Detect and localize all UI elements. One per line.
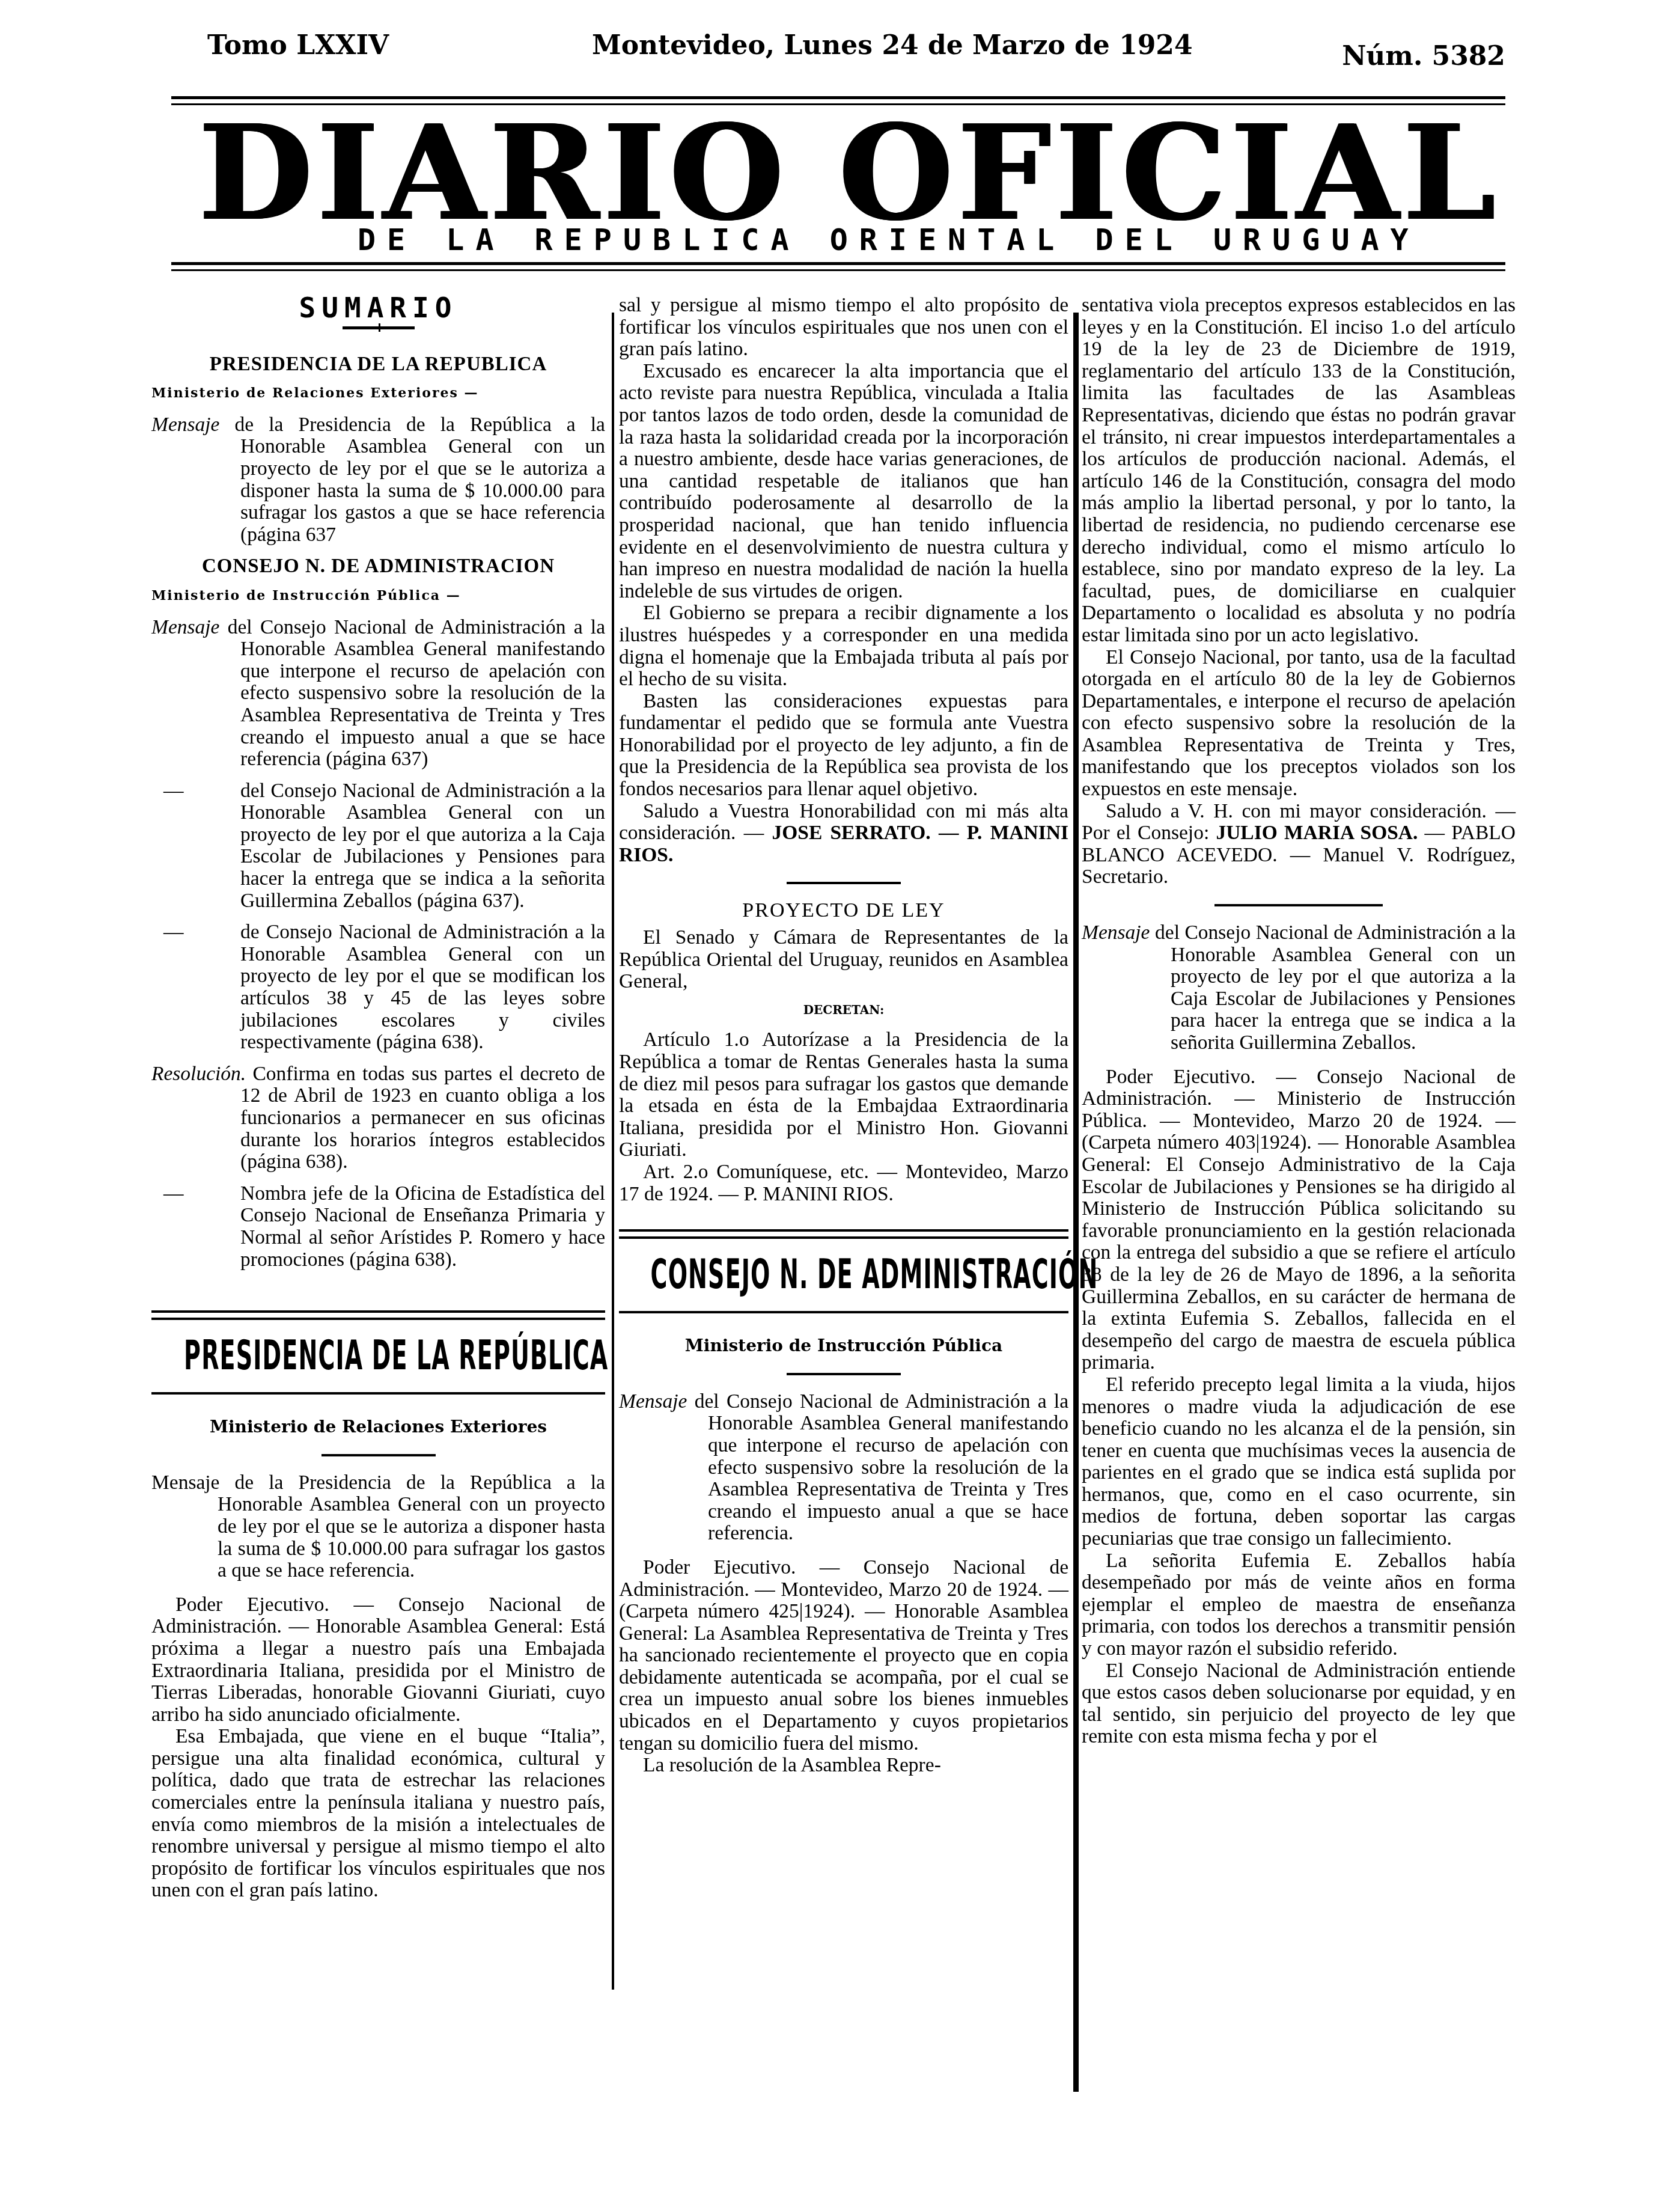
sumario-ministry: Ministerio de Instrucción Pública — [151, 585, 605, 607]
body-paragraph: Excusado es encarecer la alta importanci… [619, 361, 1068, 603]
sumario-ministry: Ministerio de Relaciones Exteriores — [151, 382, 605, 405]
section-banner-rule [151, 1310, 605, 1320]
proyecto-article: Art. 2.o Comuníquese, etc. — Montevideo,… [619, 1161, 1068, 1205]
body-paragraph: Poder Ejecutivo. — Consejo Nacional de A… [1082, 1066, 1516, 1374]
body-paragraph-continued: sentativa viola preceptos expresos estab… [1082, 295, 1516, 647]
mensaje-summary: Mensaje del Consejo Nacional de Administ… [619, 1391, 1068, 1545]
mensaje-summary: Mensaje del Consejo Nacional de Administ… [1082, 922, 1516, 1054]
sumario-section-heading: CONSEJO N. DE ADMINISTRACION [151, 555, 605, 578]
sumario-entry: —del Consejo Nacional de Administración … [151, 780, 605, 912]
column-divider-1 [612, 313, 614, 1990]
ministry-heading: Ministerio de Relaciones Exteriores [151, 1416, 605, 1438]
signature: JULIO MARIA SOSA. [1216, 822, 1418, 844]
body-paragraph: Poder Ejecutivo. — Consejo Nacional de A… [151, 1594, 605, 1726]
body-paragraph: Esa Embajada, que viene en el buque “Ita… [151, 1726, 605, 1990]
body-paragraph: Poder Ejecutivo. — Consejo Nacional de A… [619, 1557, 1068, 1755]
column-1: SUMARIO PRESIDENCIA DE LA REPUBLICA Mini… [151, 295, 605, 1990]
column-divider-2 [1073, 313, 1079, 2092]
masthead-subtitle: DE LA REPUBLICA ORIENTAL DEL URUGUAY [358, 222, 1420, 257]
volume-label: Tomo LXXIV [207, 30, 389, 61]
short-rule [787, 1373, 901, 1375]
closing-paragraph: Saludo a Vuestra Honorabilidad con mi má… [619, 801, 1068, 867]
body-paragraph: La resolución de la Asamblea Repre- [619, 1755, 1068, 1777]
body-paragraph: El Consejo Nacional de Administración en… [1082, 1660, 1516, 1748]
section-banner-rule [619, 1229, 1068, 1239]
dateline: Tomo LXXIV Montevideo, Lunes 24 de Marzo… [207, 24, 1517, 72]
section-banner-presidencia: PRESIDENCIA DE LA REPÚBLICA [184, 1325, 573, 1387]
ministry-heading: Ministerio de Instrucción Pública [619, 1335, 1068, 1357]
body-paragraph: El Gobierno se prepara a recibir digname… [619, 602, 1068, 690]
issue-date: Montevideo, Lunes 24 de Marzo de 1924 [592, 30, 1193, 61]
body-paragraph: La señorita Eufemia E. Zeballos había de… [1082, 1550, 1516, 1660]
proyecto-title: PROYECTO DE LEY [619, 900, 1068, 922]
section-banner-consejo: CONSEJO N. DE ADMINISTRACIÓN [651, 1244, 1037, 1306]
section-banner-rule [619, 1311, 1068, 1313]
masthead-bottom-rule [171, 262, 1505, 271]
sumario-entry: Mensaje del Consejo Nacional de Administ… [151, 617, 605, 771]
closing-paragraph: Saludo a V. H. con mi mayor consideració… [1082, 801, 1516, 888]
issue-number: Núm. 5382 [1342, 41, 1505, 72]
newspaper-page: Tomo LXXIV Montevideo, Lunes 24 de Marzo… [0, 0, 1673, 2212]
mensaje-summary: Mensaje de la Presidencia de la Repúblic… [151, 1472, 605, 1582]
column-3: sentativa viola preceptos expresos estab… [1082, 295, 1516, 1748]
sumario-entry: Resolución. Confirma en todas sus partes… [151, 1063, 605, 1173]
short-rule [787, 882, 901, 884]
short-rule [1214, 904, 1383, 906]
body-paragraph: El referido precepto legal limita a la v… [1082, 1374, 1516, 1550]
signature: P. MANINI RIOS. [744, 1183, 894, 1205]
decretan-label: DECRETAN: [619, 999, 1068, 1021]
body-paragraph: El Consejo Nacional, por tanto, usa de l… [1082, 647, 1516, 801]
section-banner-rule [151, 1392, 605, 1395]
masthead-title: DIARIO OFICIAL [198, 107, 1532, 239]
column-2: sal y persigue al mismo tiempo el alto p… [619, 295, 1068, 1777]
sumario-section-heading: PRESIDENCIA DE LA REPUBLICA [151, 353, 605, 376]
proyecto-preamble: El Senado y Cámara de Representantes de … [619, 927, 1068, 993]
short-rule [321, 1454, 436, 1456]
proyecto-article: Artículo 1.o Autorízase a la Presidencia… [619, 1029, 1068, 1161]
sumario-entry: —de Consejo Nacional de Administración a… [151, 921, 605, 1054]
ornament-rule [343, 326, 415, 335]
body-paragraph-continued: sal y persigue al mismo tiempo el alto p… [619, 295, 1068, 361]
sumario-entry: —Nombra jefe de la Oficina de Estadístic… [151, 1183, 605, 1271]
body-paragraph: Basten las consideraciones expuestas par… [619, 691, 1068, 801]
sumario-entry: Mensaje de la Presidencia de la Repúblic… [151, 414, 605, 546]
sumario-title: SUMARIO [151, 297, 605, 319]
